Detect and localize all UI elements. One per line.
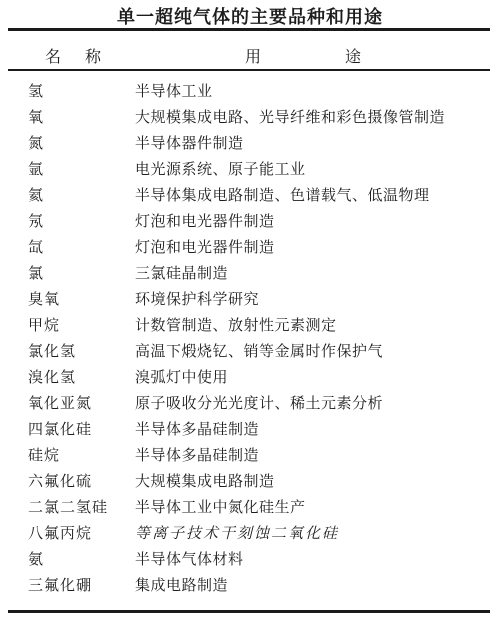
bottom-rule xyxy=(8,610,490,613)
header-use-label: 用 途 xyxy=(245,44,365,67)
gas-use: 计数管制造、放射性元素测定 xyxy=(135,314,500,335)
gas-name: 三氟化硼 xyxy=(0,574,135,595)
table-row: 氨 半导体气体材料 xyxy=(0,545,500,571)
table-row: 氧 大规模集成电路、光导纤维和彩色摄像管制造 xyxy=(0,103,500,129)
gas-use: 半导体器件制造 xyxy=(135,132,500,153)
gas-use: 高温下煅烧钇、销等金属时作保护气 xyxy=(135,340,500,361)
table-row: 溴化氢 溴弧灯中使用 xyxy=(0,363,500,389)
table-row: 臭氧 环境保护科学研究 xyxy=(0,285,500,311)
gas-name: 氧化亚氮 xyxy=(0,392,135,413)
page-title: 单一超纯气体的主要品种和用途 xyxy=(0,3,500,29)
gas-name: 氯 xyxy=(0,262,135,283)
gas-name: 硅烷 xyxy=(0,444,135,465)
table-row: 三氟化硼 集成电路制造 xyxy=(0,571,500,597)
table-row: 氢 半导体工业 xyxy=(0,77,500,103)
gas-name: 氢 xyxy=(0,80,135,101)
gas-name: 臭氧 xyxy=(0,288,135,309)
table-row: 硅烷 半导体多晶硅制造 xyxy=(0,441,500,467)
gas-use: 大规模集成电路、光导纤维和彩色摄像管制造 xyxy=(135,106,500,127)
table-row: 氧化亚氮 原子吸收分光光度计、稀土元素分析 xyxy=(0,389,500,415)
table-row: 六氟化硫 大规模集成电路制造 xyxy=(0,467,500,493)
gas-name: 氩 xyxy=(0,158,135,179)
gas-name: 八氟丙烷 xyxy=(0,522,135,543)
gas-name: 甲烷 xyxy=(0,314,135,335)
table-row: 氩 电光源系统、原子能工业 xyxy=(0,155,500,181)
table-row: 氦 半导体集成电路制造、色谱载气、低温物理 xyxy=(0,181,500,207)
gas-name: 氮 xyxy=(0,132,135,153)
table-row: 氙 灯泡和电光器件制造 xyxy=(0,233,500,259)
table-row: 四氯化硅 半导体多晶硅制造 xyxy=(0,415,500,441)
gas-name: 氖 xyxy=(0,210,135,231)
gas-name: 氙 xyxy=(0,236,135,257)
gas-table: 氢 半导体工业 氧 大规模集成电路、光导纤维和彩色摄像管制造 氮 半导体器件制造… xyxy=(0,77,500,597)
gas-use: 半导体工业中氮化硅生产 xyxy=(135,496,500,517)
gas-name: 六氟化硫 xyxy=(0,470,135,491)
gas-use: 溴弧灯中使用 xyxy=(135,366,500,387)
table-row: 氯 三氯硅晶制造 xyxy=(0,259,500,285)
table-row: 甲烷 计数管制造、放射性元素测定 xyxy=(0,311,500,337)
scanned-table-page: 单一超纯气体的主要品种和用途 名 称 用 途 氢 半导体工业 氧 大规模集成电路… xyxy=(0,0,500,627)
table-row: 二氯二氢硅 半导体工业中氮化硅生产 xyxy=(0,493,500,519)
gas-use: 环境保护科学研究 xyxy=(135,288,500,309)
header-rule xyxy=(8,69,490,71)
gas-use: 半导体多晶硅制造 xyxy=(135,444,500,465)
gas-name: 二氯二氢硅 xyxy=(0,496,135,517)
gas-name: 溴化氢 xyxy=(0,366,135,387)
gas-use: 原子吸收分光光度计、稀土元素分析 xyxy=(135,392,500,413)
table-row: 氖 灯泡和电光器件制造 xyxy=(0,207,500,233)
header-name-label: 名 称 xyxy=(45,44,105,67)
gas-use: 大规模集成电路制造 xyxy=(135,470,500,491)
gas-name: 氦 xyxy=(0,184,135,205)
table-row: 八氟丙烷 等离子技术干刻蚀二氧化硅 xyxy=(0,519,500,545)
gas-use: 半导体气体材料 xyxy=(135,548,500,569)
gas-use: 等离子技术干刻蚀二氧化硅 xyxy=(135,522,500,543)
gas-use: 半导体集成电路制造、色谱载气、低温物理 xyxy=(135,184,500,205)
gas-use: 三氯硅晶制造 xyxy=(135,262,500,283)
gas-name: 氨 xyxy=(0,548,135,569)
gas-use: 电光源系统、原子能工业 xyxy=(135,158,500,179)
gas-name: 氯化氢 xyxy=(0,340,135,361)
table-row: 氮 半导体器件制造 xyxy=(0,129,500,155)
gas-use: 半导体多晶硅制造 xyxy=(135,418,500,439)
gas-use: 灯泡和电光器件制造 xyxy=(135,210,500,231)
table-row: 氯化氢 高温下煅烧钇、销等金属时作保护气 xyxy=(0,337,500,363)
gas-name: 四氯化硅 xyxy=(0,418,135,439)
gas-use: 灯泡和电光器件制造 xyxy=(135,236,500,257)
gas-name: 氧 xyxy=(0,106,135,127)
gas-use: 集成电路制造 xyxy=(135,574,500,595)
top-rule xyxy=(8,28,490,31)
gas-use: 半导体工业 xyxy=(135,80,500,101)
